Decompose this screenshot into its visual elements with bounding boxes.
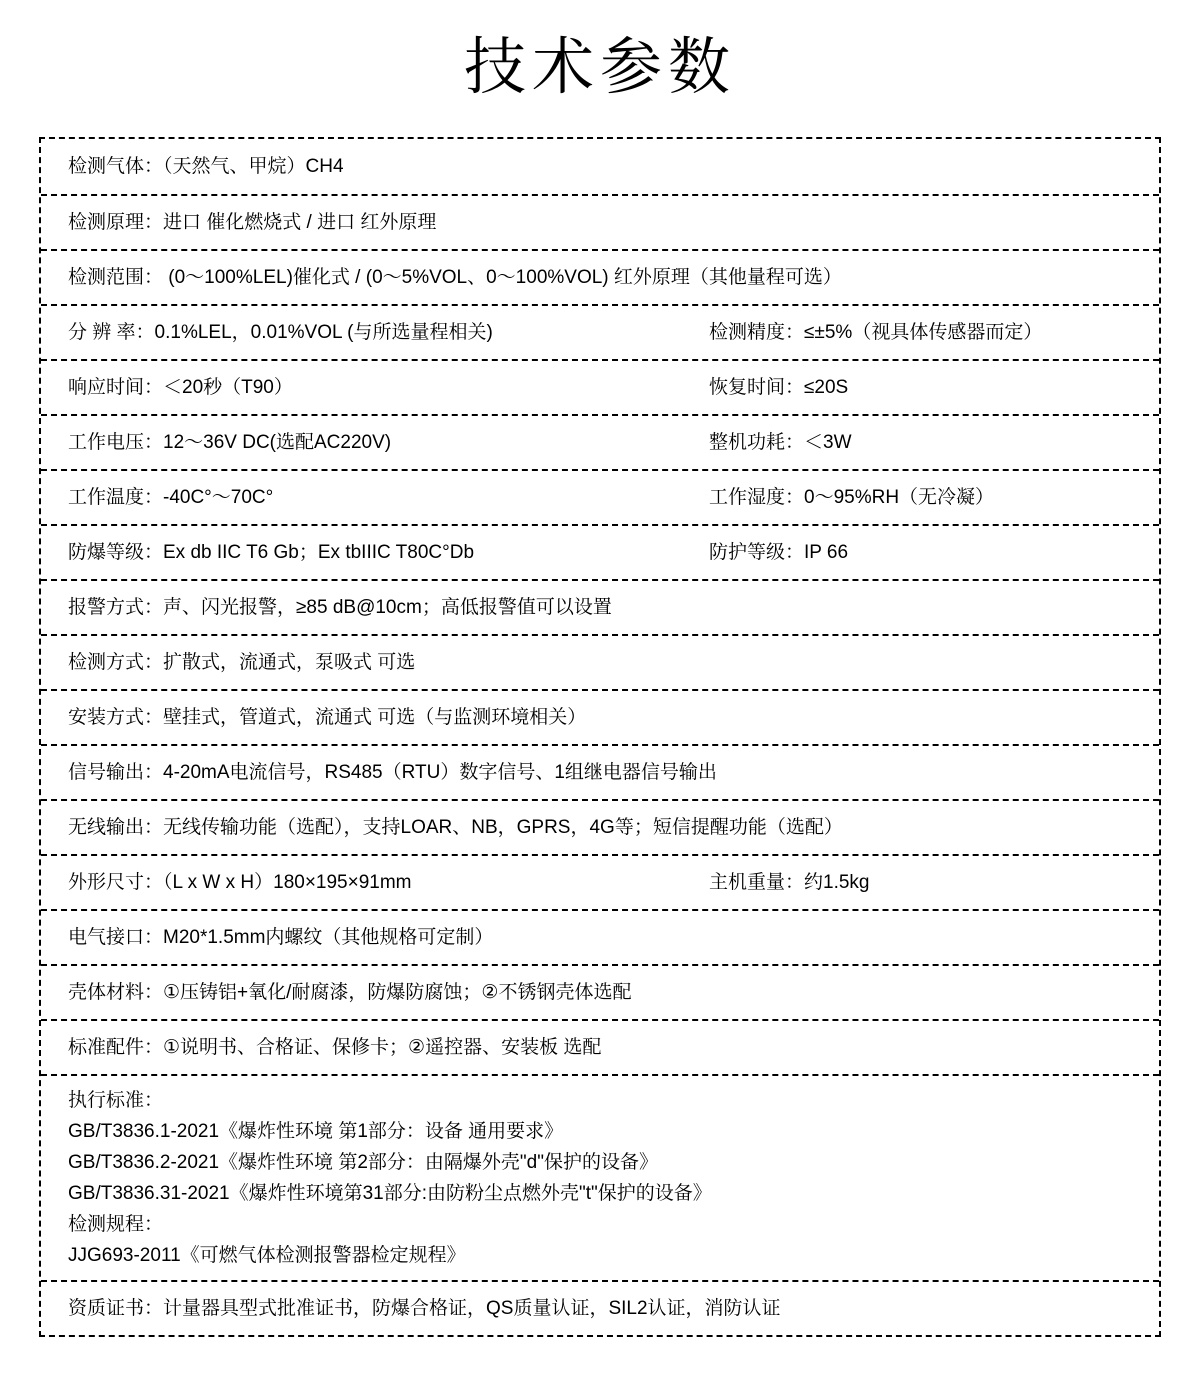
row-certificates: 资质证书：计量器具型式批准证书，防爆合格证，QS质量认证，SIL2认证，消防认证 — [41, 1280, 1159, 1335]
spec-cell: 电气接口：M20*1.5mm内螺纹（其他规格可定制） — [68, 925, 1147, 951]
spec-line: JJG693-2011《可燃气体检测报警器检定规程》 — [68, 1240, 1147, 1271]
spec-cell: 检测范围： (0～100%LEL)催化式 / (0～5%VOL、0～100%VO… — [68, 265, 1147, 291]
spec-table: 检测气体：（天然气、甲烷）CH4检测原理：进口 催化燃烧式 / 进口 红外原理检… — [39, 137, 1161, 1337]
spec-sheet-page: 技术参数 检测气体：（天然气、甲烷）CH4检测原理：进口 催化燃烧式 / 进口 … — [0, 0, 1200, 1337]
spec-cell: 检测原理：进口 催化燃烧式 / 进口 红外原理 — [68, 210, 1147, 236]
spec-cell: 整机功耗：＜3W — [709, 430, 1147, 456]
spec-cell: 工作湿度：0～95%RH（无冷凝） — [709, 485, 1147, 511]
spec-line: 检测规程： — [68, 1209, 1147, 1240]
spec-cell: 无线输出：无线传输功能（选配），支持LOAR、NB，GPRS，4G等；短信提醒功… — [68, 815, 1147, 841]
row-alarm-mode: 报警方式：声、闪光报警，≥85 dB@10cm；高低报警值可以设置 — [41, 579, 1159, 634]
spec-cell: 主机重量：约1.5kg — [709, 870, 1147, 896]
spec-cell: 报警方式：声、闪光报警，≥85 dB@10cm；高低报警值可以设置 — [68, 595, 1147, 621]
spec-cell: 工作电压：12～36V DC(选配AC220V) — [68, 430, 709, 456]
row-detected-gas: 检测气体：（天然气、甲烷）CH4 — [41, 139, 1159, 194]
row-voltage-power: 工作电压：12～36V DC(选配AC220V)整机功耗：＜3W — [41, 414, 1159, 469]
spec-cell: 检测精度：≤±5%（视具体传感器而定） — [709, 320, 1147, 346]
spec-cell: 外形尺寸：（L x W x H）180×195×91mm — [68, 870, 709, 896]
row-detection-mode: 检测方式：扩散式，流通式，泵吸式 可选 — [41, 634, 1159, 689]
spec-line: GB/T3836.2-2021《爆炸性环境 第2部分：由隔爆外壳"d"保护的设备… — [68, 1147, 1147, 1178]
row-signal-output: 信号输出：4-20mA电流信号，RS485（RTU）数字信号、1组继电器信号输出 — [41, 744, 1159, 799]
spec-line: GB/T3836.31-2021《爆炸性环境第31部分:由防粉尘点燃外壳"t"保… — [68, 1178, 1147, 1209]
spec-cell: 安装方式：壁挂式，管道式，流通式 可选（与监测环境相关） — [68, 705, 1147, 731]
page-title: 技术参数 — [0, 0, 1200, 110]
row-response-recovery: 响应时间：＜20秒（T90）恢复时间：≤20S — [41, 359, 1159, 414]
spec-cell: 防爆等级：Ex db IIC T6 Gb；Ex tbIIIC T80C°Db — [68, 540, 709, 566]
spec-cell: 响应时间：＜20秒（T90） — [68, 375, 709, 401]
spec-line: 执行标准： — [68, 1085, 1147, 1116]
row-detection-range: 检测范围： (0～100%LEL)催化式 / (0～5%VOL、0～100%VO… — [41, 249, 1159, 304]
row-detection-principle: 检测原理：进口 催化燃烧式 / 进口 红外原理 — [41, 194, 1159, 249]
row-explosionproof-ip: 防爆等级：Ex db IIC T6 Gb；Ex tbIIIC T80C°Db防护… — [41, 524, 1159, 579]
row-dimensions-weight: 外形尺寸：（L x W x H）180×195×91mm主机重量：约1.5kg — [41, 854, 1159, 909]
spec-cell: 分 辨 率：0.1%LEL，0.01%VOL (与所选量程相关) — [68, 320, 709, 346]
spec-cell: 工作温度：-40C°～70C° — [68, 485, 709, 511]
spec-cell: 信号输出：4-20mA电流信号，RS485（RTU）数字信号、1组继电器信号输出 — [68, 760, 1147, 786]
row-installation-mode: 安装方式：壁挂式，管道式，流通式 可选（与监测环境相关） — [41, 689, 1159, 744]
spec-cell: 标准配件：①说明书、合格证、保修卡；②遥控器、安装板 选配 — [68, 1035, 1147, 1061]
row-electrical-interface: 电气接口：M20*1.5mm内螺纹（其他规格可定制） — [41, 909, 1159, 964]
spec-cell: 防护等级：IP 66 — [709, 540, 1147, 566]
spec-cell: 壳体材料：①压铸铝+氧化/耐腐漆，防爆防腐蚀；②不锈钢壳体选配 — [68, 980, 1147, 1006]
row-wireless-output: 无线输出：无线传输功能（选配），支持LOAR、NB，GPRS，4G等；短信提醒功… — [41, 799, 1159, 854]
spec-cell: 检测气体：（天然气、甲烷）CH4 — [68, 154, 1147, 180]
spec-cell: 资质证书：计量器具型式批准证书，防爆合格证，QS质量认证，SIL2认证，消防认证 — [68, 1296, 1147, 1322]
spec-cell: 恢复时间：≤20S — [709, 375, 1147, 401]
row-housing-material: 壳体材料：①压铸铝+氧化/耐腐漆，防爆防腐蚀；②不锈钢壳体选配 — [41, 964, 1159, 1019]
row-standard-accessories: 标准配件：①说明书、合格证、保修卡；②遥控器、安装板 选配 — [41, 1019, 1159, 1074]
row-standards: 执行标准：GB/T3836.1-2021《爆炸性环境 第1部分：设备 通用要求》… — [41, 1074, 1159, 1280]
spec-cell: 检测方式：扩散式，流通式，泵吸式 可选 — [68, 650, 1147, 676]
spec-line: GB/T3836.1-2021《爆炸性环境 第1部分：设备 通用要求》 — [68, 1116, 1147, 1147]
row-temperature-humidity: 工作温度：-40C°～70C°工作湿度：0～95%RH（无冷凝） — [41, 469, 1159, 524]
row-resolution-accuracy: 分 辨 率：0.1%LEL，0.01%VOL (与所选量程相关)检测精度：≤±5… — [41, 304, 1159, 359]
